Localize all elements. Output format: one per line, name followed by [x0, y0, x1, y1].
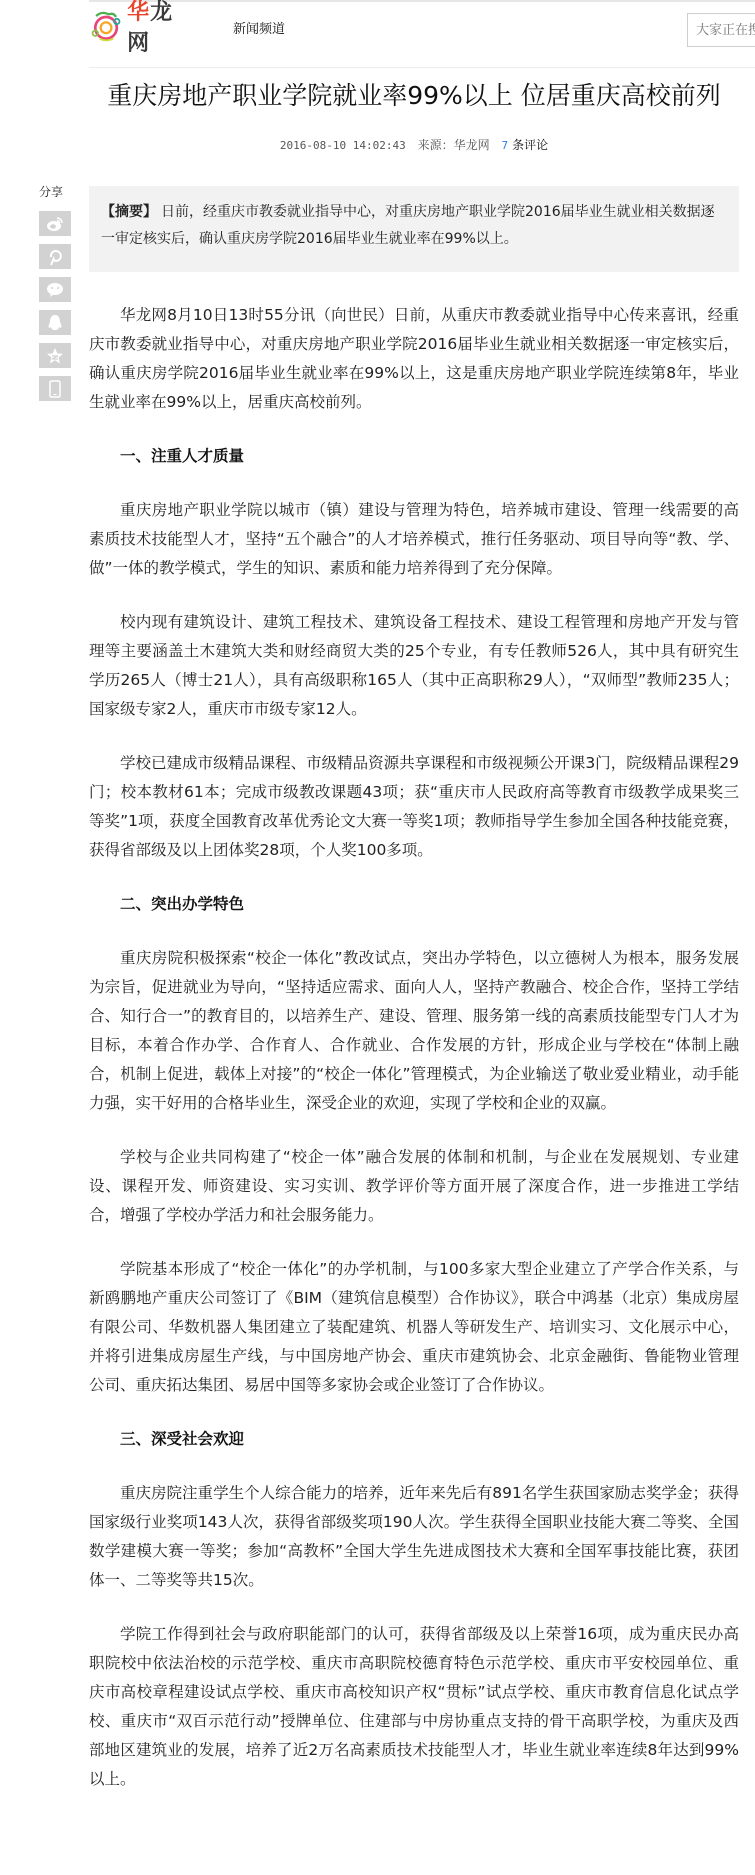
- site-logo[interactable]: 华龙网: [89, 7, 189, 45]
- share-qzone[interactable]: [39, 343, 71, 368]
- article-source: 来源：华龙网: [418, 138, 490, 152]
- summary-text: 日前，经重庆市教委就业指导中心，对重庆房地产职业学院2016届毕业生就业相关数据…: [101, 204, 715, 247]
- paragraph: 重庆房地产职业学院以城市（镇）建设与管理为特色，培养城市建设、管理一线需要的高素…: [89, 496, 739, 583]
- paragraph: 学校已建成市级精品课程、市级精品资源共享课程和市级视频公开课3门，院级精品课程2…: [89, 749, 739, 865]
- channel-name[interactable]: 新闻频道: [233, 18, 285, 37]
- summary-label: 【摘要】: [101, 204, 157, 220]
- wechat-icon: [46, 282, 64, 298]
- site-header: 华龙网 新闻频道: [89, 2, 755, 68]
- paragraph: 校内现有建筑设计、建筑工程技术、建筑设备工程技术、建设工程管理和房地产开发与管理…: [89, 608, 739, 724]
- comment-count[interactable]: 7: [501, 139, 508, 152]
- share-label: 分享: [39, 184, 71, 200]
- paragraph: 华龙网8月10日13时55分讯（向世民）日前，从重庆市教委就业指导中心传来喜讯，…: [89, 301, 739, 417]
- mobile-icon: [49, 380, 61, 398]
- qq-icon: [48, 314, 62, 332]
- section-heading: 二、突出办学特色: [89, 890, 739, 919]
- paragraph: 重庆房院积极探索“校企一体化”教改试点，突出办学特色，以立德树人为根本，服务发展…: [89, 944, 739, 1118]
- share-weibo[interactable]: [39, 211, 71, 236]
- article-title: 重庆房地产职业学院就业率99%以上 位居重庆高校前列: [89, 78, 739, 114]
- search-input[interactable]: [687, 13, 755, 47]
- logo-wordmark: 华龙网: [127, 0, 189, 57]
- weibo-icon: [46, 216, 64, 232]
- paragraph: 学校与企业共同构建了“校企一体”融合发展的体制和机制，与企业在发展规划、专业建设…: [89, 1143, 739, 1230]
- share-pinterest[interactable]: [39, 244, 71, 269]
- dragon-logo-icon: [89, 7, 123, 45]
- logo-char: 华: [127, 0, 150, 25]
- section-heading: 三、深受社会欢迎: [89, 1425, 739, 1454]
- paragraph: 学院基本形成了“校企一体化”的办学机制，与100多家大型企业建立了产学合作关系，…: [89, 1255, 739, 1400]
- publish-datetime: 2016-08-10 14:02:43: [280, 139, 406, 152]
- header-divider: [89, 67, 755, 68]
- article-meta: 2016-08-10 14:02:43 来源：华龙网 7条评论: [89, 137, 739, 154]
- article-summary: 【摘要】日前，经重庆市教委就业指导中心，对重庆房地产职业学院2016届毕业生就业…: [89, 186, 739, 272]
- comments-link[interactable]: 条评论: [512, 138, 548, 152]
- qzone-star-icon: [46, 347, 64, 365]
- article-body: 华龙网8月10日13时55分讯（向世民）日前，从重庆市教委就业指导中心传来喜讯，…: [89, 301, 739, 1819]
- paragraph: 学院工作得到社会与政府职能部门的认可，获得省部级及以上荣誉16项，成为重庆民办高…: [89, 1620, 739, 1794]
- share-qq[interactable]: [39, 310, 71, 335]
- section-heading: 一、注重人才质量: [89, 442, 739, 471]
- pinterest-icon: [47, 248, 63, 266]
- share-mobile[interactable]: [39, 376, 71, 401]
- share-wechat[interactable]: [39, 277, 71, 302]
- share-sidebar: 分享: [39, 184, 71, 409]
- paragraph: 重庆房院注重学生个人综合能力的培养，近年来先后有891名学生获国家励志奖学金；获…: [89, 1479, 739, 1595]
